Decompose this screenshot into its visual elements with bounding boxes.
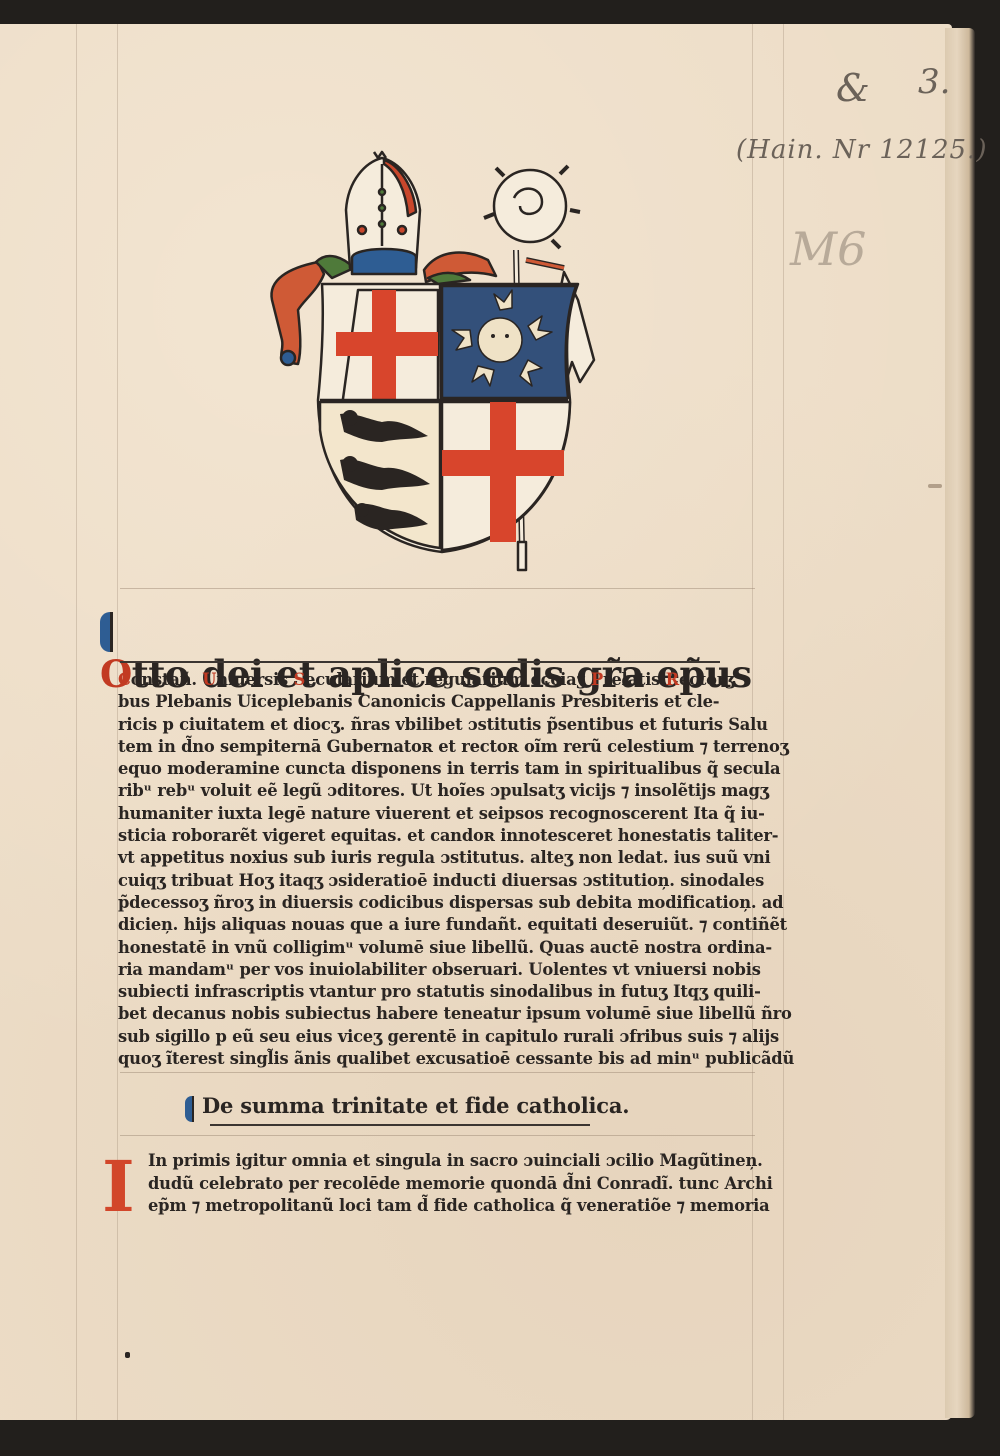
body-line: sub sigillo p eũ seu eius viceʒ gerentē…	[100, 1026, 760, 1048]
body-line: quoʒ ĩterest singl̃is ãnis qualibet ex…	[100, 1048, 760, 1070]
body-line: p̃decessoʒ ñroʒ in diuersis codicibus d…	[100, 892, 760, 914]
incipit-line: ep̃m ⁊ metropolitanũ loci tam d̃ fide c…	[100, 1195, 760, 1218]
body-text: Constañ. Uniuersis Secularium et regular…	[100, 669, 760, 1070]
folio-mark: &	[836, 66, 870, 110]
incipit: I In primis igitur omnia et singula in s…	[100, 1150, 760, 1218]
folio-number: 3.	[918, 62, 950, 102]
incipit-line: dudũ celebrato per recolēde memorie quo…	[100, 1173, 760, 1196]
ruling-line	[76, 24, 77, 1420]
section-heading: De summa trinitate et fide catholica.	[185, 1093, 629, 1122]
page-edge	[945, 28, 975, 1418]
body-line: subiecti infrascriptis vtantur pro statu…	[100, 981, 760, 1003]
ink-spot	[125, 1352, 130, 1358]
body-line: bus Plebanis Uiceplebanis Canonicis Capp…	[100, 691, 760, 713]
body-line: Constañ. Uniuersis Secularium et regular…	[100, 669, 760, 691]
body-line: cuiqʒ tribuat Hoʒ itaqʒ ɔsideratioē indu…	[100, 870, 760, 892]
paper-speck	[928, 484, 942, 488]
body-line: sticia roborarẽt vigeret equitas. et ca…	[100, 825, 760, 847]
ruling-line	[120, 1135, 755, 1136]
title-underline	[120, 661, 720, 663]
body-line: ribᵘ rebᵘ voluit eẽ legũ ɔditores. Ut …	[100, 780, 760, 802]
body-line: tem in d̃no sempiternā Gubernatoʀ et rec…	[100, 736, 760, 758]
section-heading-text: De summa trinitate et fide catholica.	[202, 1093, 629, 1118]
incipit-line: In primis igitur omnia et singula in sac…	[100, 1150, 760, 1173]
ruling-line	[783, 24, 784, 1420]
body-line: dicieņ. hijs aliquas nouas que a iure fu…	[100, 914, 760, 936]
faint-pencil-mark: M6	[790, 222, 866, 276]
rubricated-initial-I: I	[102, 1150, 135, 1224]
ruling-line	[120, 588, 755, 589]
body-line: ricis p ciuitatem et diocʒ. ñras vbilib…	[100, 714, 760, 736]
body-line: bet decanus nobis subiectus habere tenea…	[100, 1003, 760, 1025]
body-line: honestatē in vnũ colligimᵘ volumē siue …	[100, 937, 760, 959]
body-line: ria mandamᵘ per vos inuiolabiliter obser…	[100, 959, 760, 981]
coat-of-arms-woodcut	[258, 150, 628, 580]
ruling-line	[120, 1072, 755, 1073]
body-line: equo moderamine cuncta disponens in terr…	[100, 758, 760, 780]
body-line: humaniter iuxta legē nature viuerent et …	[100, 803, 760, 825]
heading-underline	[210, 1124, 590, 1126]
body-line: vt appetitus noxius sub iuris regula ɔst…	[100, 847, 760, 869]
catalog-reference: (Hain. Nr 12125.)	[736, 135, 987, 165]
paragraph-mark-icon	[185, 1096, 194, 1122]
paragraph-mark-icon	[100, 612, 113, 652]
